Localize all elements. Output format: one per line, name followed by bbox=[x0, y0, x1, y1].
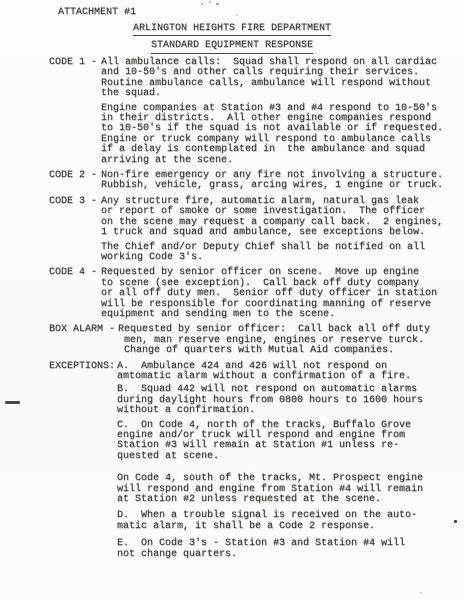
section-exceptions: EXCEPTIONS: A. Ambulance 424 and 426 wil… bbox=[0, 362, 464, 561]
document-body: CODE 1 - All ambulance calls: Squad shal… bbox=[0, 58, 464, 560]
scan-artifact bbox=[209, 1, 211, 3]
section-code-2: CODE 2 - Non-fire emergency or any fire … bbox=[0, 171, 464, 192]
section-code-4: CODE 4 - Requested by senior officer on … bbox=[0, 268, 464, 320]
scan-artifact bbox=[216, 3, 219, 5]
scan-artifact bbox=[201, 3, 203, 5]
paragraph: Requested by senior officer: Call back a… bbox=[118, 325, 464, 356]
section-box-alarm: BOX ALARM - Requested by senior officer:… bbox=[0, 325, 464, 356]
exception-item-b: B. Squad 442 will not respond on automat… bbox=[117, 385, 464, 416]
exception-item-d: D. When a trouble signal is received on … bbox=[117, 511, 464, 532]
paragraph: All ambulance calls: Squad shall respond… bbox=[101, 58, 464, 100]
scan-artifact bbox=[420, 592, 422, 594]
paragraph: Requested by senior officer on scene. Mo… bbox=[101, 268, 464, 320]
paragraph: The Chief and/or Deputy Chief shall be n… bbox=[101, 243, 464, 264]
paragraph: Engine companies at Station #3 and #4 re… bbox=[101, 104, 464, 166]
scan-artifact bbox=[236, 14, 238, 16]
section-label: BOX ALARM - bbox=[49, 325, 115, 335]
exception-item-a: A. Ambulance 424 and 426 will not respon… bbox=[117, 362, 464, 383]
exception-item-c-continued: On Code 4, south of the tracks, Mt. Pros… bbox=[117, 474, 464, 505]
attachment-label: ATTACHMENT #1 bbox=[58, 8, 136, 18]
exception-item-e: E. On Code 3's - Station #3 and Station … bbox=[117, 539, 464, 560]
section-label: CODE 1 - bbox=[49, 58, 97, 68]
document-header: ARLINGTON HEIGHTS FIRE DEPARTMENT STANDA… bbox=[0, 24, 464, 54]
exception-item-c: C. On Code 4, north of the tracks, Buffa… bbox=[117, 421, 464, 463]
paragraph: Non-fire emergency or any fire not invol… bbox=[101, 171, 464, 192]
section-label: CODE 4 - bbox=[49, 268, 97, 278]
paragraph: Any structure fire, automatic alarm, nat… bbox=[101, 197, 464, 239]
document-subtitle: STANDARD EQUIPMENT RESPONSE bbox=[151, 41, 313, 53]
section-label: EXCEPTIONS: bbox=[49, 362, 115, 372]
section-label: CODE 3 - bbox=[49, 197, 97, 207]
section-label: CODE 2 - bbox=[49, 171, 97, 181]
document-title: ARLINGTON HEIGHTS FIRE DEPARTMENT bbox=[133, 24, 331, 36]
section-code-1: CODE 1 - All ambulance calls: Squad shal… bbox=[0, 58, 464, 166]
section-code-3: CODE 3 - Any structure fire, automatic a… bbox=[0, 197, 464, 263]
scanned-document-page: ATTACHMENT #1 ARLINGTON HEIGHTS FIRE DEP… bbox=[0, 0, 464, 600]
